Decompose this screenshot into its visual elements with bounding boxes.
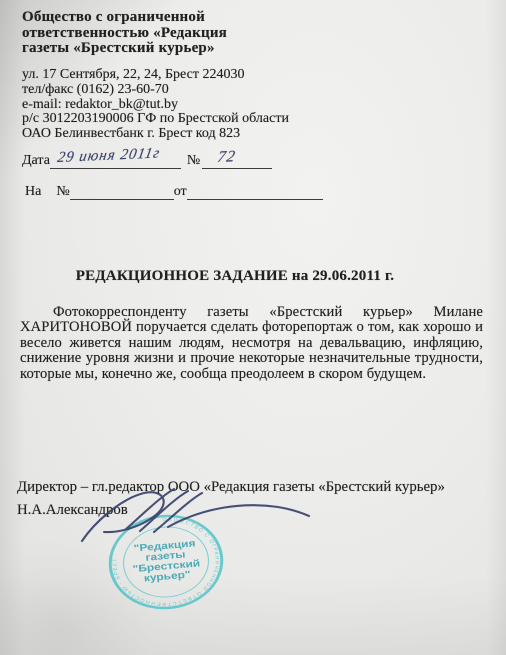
date-underline: 29 июня 2011г xyxy=(50,151,181,169)
date-handwritten-value: 29 июня 2011г xyxy=(56,145,162,167)
date-label: Дата xyxy=(22,153,50,169)
document-number-handwritten-value: 72 xyxy=(216,148,237,167)
reply-number-underline xyxy=(70,182,174,200)
document-number-underline: 72 xyxy=(202,151,272,169)
reply-reference-row: На№от xyxy=(25,182,323,200)
reply-from-underline xyxy=(187,182,323,200)
signature xyxy=(76,481,316,551)
date-number-row: Дата29 июня 2011г№72 xyxy=(22,151,272,169)
document-number-label: № xyxy=(187,153,200,169)
document-page: Общество с ограниченной ответственностью… xyxy=(0,0,506,655)
reply-number-label: № xyxy=(56,184,69,200)
reply-label: На xyxy=(25,184,41,200)
body-paragraph: Фотокорреспонденту газеты «Брестский кур… xyxy=(20,305,483,382)
reply-from-label: от xyxy=(174,184,187,200)
letterhead-company-name: Общество с ограниченной ответственностью… xyxy=(22,10,227,57)
letterhead-contact-block: ул. 17 Сентября, 22, 24, Брест 224030 те… xyxy=(22,68,289,142)
document-title: РЕДАКЦИОННОЕ ЗАДАНИЕ на 29.06.2011 г. xyxy=(0,268,470,285)
